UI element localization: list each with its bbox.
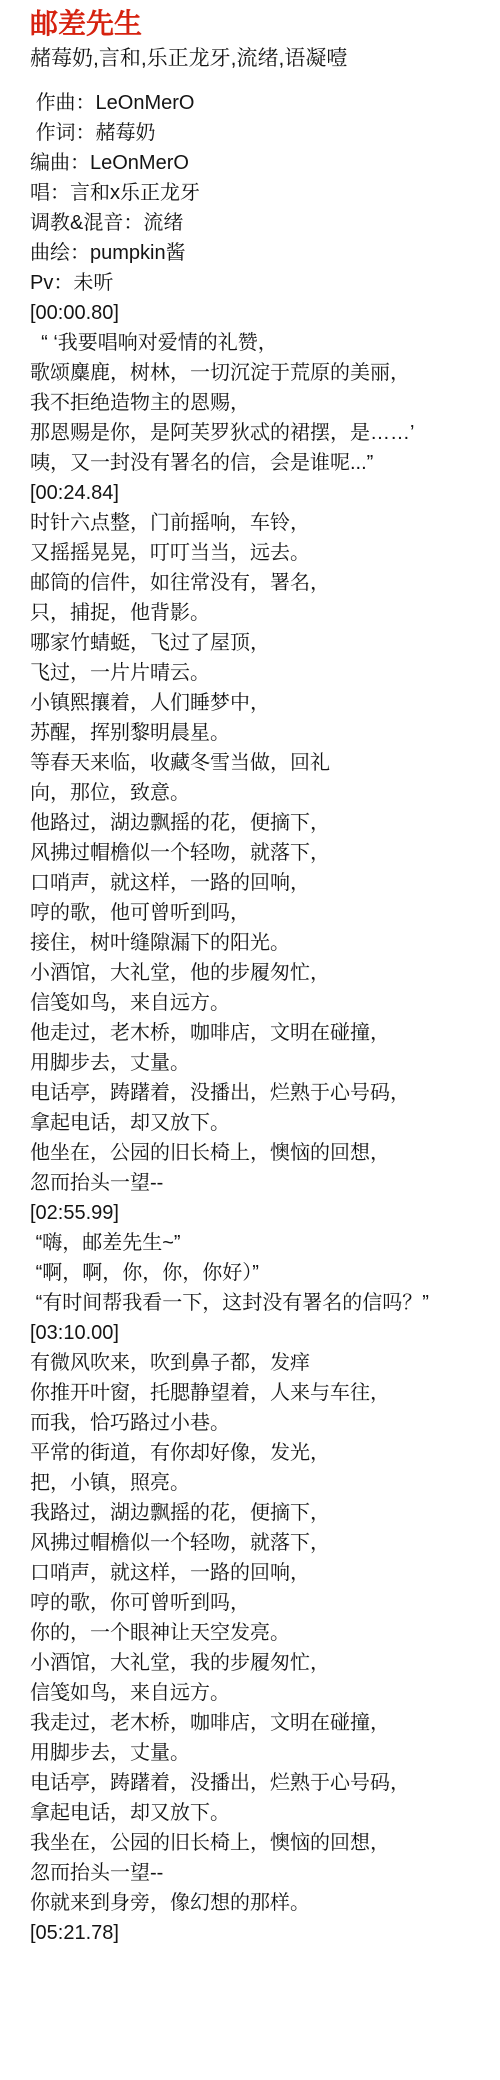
lyric-line: 把，小镇，照亮。 bbox=[30, 1468, 492, 1498]
credits-block: 作曲：LeOnMerO 作词：赭莓奶编曲：LeOnMerO唱：言和x乐正龙牙调教… bbox=[30, 88, 492, 298]
lyric-line: 小镇熙攘着，人们睡梦中， bbox=[30, 688, 492, 718]
credit-line: 调教&混音：流绪 bbox=[30, 208, 492, 238]
lyric-line: 向，那位，致意。 bbox=[30, 778, 492, 808]
lyric-line: 忽而抬头一望-- bbox=[30, 1168, 492, 1198]
lyric-line: 我路过，湖边飘摇的花，便摘下， bbox=[30, 1498, 492, 1528]
lyric-line: 他坐在，公园的旧长椅上，懊恼的回想， bbox=[30, 1138, 492, 1168]
timestamp-line: [03:10.00] bbox=[30, 1318, 492, 1348]
lyric-line: 接住，树叶缝隙漏下的阳光。 bbox=[30, 928, 492, 958]
lyric-line: 而我，恰巧路过小巷。 bbox=[30, 1408, 492, 1438]
lyric-line: “ ‘我要唱响对爱情的礼赞， bbox=[30, 328, 492, 358]
lyric-line: 平常的街道，有你却好像，发光， bbox=[30, 1438, 492, 1468]
lyric-line: 苏醒，挥别黎明晨星。 bbox=[30, 718, 492, 748]
lyric-line: 哼的歌，他可曾听到吗， bbox=[30, 898, 492, 928]
lyric-line: 信笺如鸟，来自远方。 bbox=[30, 1678, 492, 1708]
lyric-line: 歌颂麋鹿，树林，一切沉淀于荒原的美丽， bbox=[30, 358, 492, 388]
lyric-line: 时针六点整，门前摇响，车铃， bbox=[30, 508, 492, 538]
lyric-line: 拿起电话，却又放下。 bbox=[30, 1108, 492, 1138]
lyric-line: 我坐在，公园的旧长椅上，懊恼的回想， bbox=[30, 1828, 492, 1858]
song-title: 邮差先生 bbox=[30, 6, 492, 42]
credit-line: 曲绘：pumpkin酱 bbox=[30, 238, 492, 268]
lyric-line: 你推开叶窗，托腮静望着，人来与车往， bbox=[30, 1378, 492, 1408]
timestamp-line: [00:00.80] bbox=[30, 298, 492, 328]
lyric-line: 小酒馆，大礼堂，他的步履匆忙， bbox=[30, 958, 492, 988]
lyric-line: 又摇摇晃晃，叮叮当当，远去。 bbox=[30, 538, 492, 568]
lyrics-block: [00:00.80] “ ‘我要唱响对爱情的礼赞，歌颂麋鹿，树林，一切沉淀于荒原… bbox=[30, 298, 492, 1948]
lyric-line: “有时间帮我看一下，这封没有署名的信吗？” bbox=[30, 1288, 492, 1318]
lyric-line: 我走过，老木桥，咖啡店，文明在碰撞， bbox=[30, 1708, 492, 1738]
lyric-line: 有微风吹来，吹到鼻子都，发痒 bbox=[30, 1348, 492, 1378]
credit-line: 作曲：LeOnMerO bbox=[30, 88, 492, 118]
credit-line: 唱：言和x乐正龙牙 bbox=[30, 178, 492, 208]
lyric-line: 风拂过帽檐似一个轻吻，就落下， bbox=[30, 838, 492, 868]
lyric-line: 那恩赐是你，是阿芙罗狄忒的裙摆，是……’ bbox=[30, 418, 492, 448]
lyric-line: 他路过，湖边飘摇的花，便摘下， bbox=[30, 808, 492, 838]
timestamp-line: [02:55.99] bbox=[30, 1198, 492, 1228]
lyric-line: “嗨，邮差先生~” bbox=[30, 1228, 492, 1258]
lyric-line: 你的，一个眼神让天空发亮。 bbox=[30, 1618, 492, 1648]
timestamp-line: [05:21.78] bbox=[30, 1918, 492, 1948]
lyric-line: 我不拒绝造物主的恩赐， bbox=[30, 388, 492, 418]
lyric-line: 口哨声，就这样，一路的回响， bbox=[30, 868, 492, 898]
lyric-line: 口哨声，就这样，一路的回响， bbox=[30, 1558, 492, 1588]
lyric-line: 他走过，老木桥，咖啡店，文明在碰撞， bbox=[30, 1018, 492, 1048]
lyric-line: 邮筒的信件，如往常没有，署名， bbox=[30, 568, 492, 598]
artists-line: 赭莓奶,言和,乐正龙牙,流绪,语凝噎 bbox=[30, 46, 492, 72]
lyric-line: 忽而抬头一望-- bbox=[30, 1858, 492, 1888]
lyric-line: 拿起电话，却又放下。 bbox=[30, 1798, 492, 1828]
lyric-line: 哼的歌，你可曾听到吗， bbox=[30, 1588, 492, 1618]
lyric-line: 信笺如鸟，来自远方。 bbox=[30, 988, 492, 1018]
lyric-line: 你就来到身旁，像幻想的那样。 bbox=[30, 1888, 492, 1918]
lyric-line: 风拂过帽檐似一个轻吻，就落下， bbox=[30, 1528, 492, 1558]
lyric-line: 用脚步去，丈量。 bbox=[30, 1738, 492, 1768]
lyric-line: 电话亭，踌躇着，没播出，烂熟于心号码， bbox=[30, 1768, 492, 1798]
timestamp-line: [00:24.84] bbox=[30, 478, 492, 508]
lyric-line: 只，捕捉，他背影。 bbox=[30, 598, 492, 628]
lyric-line: 咦，又一封没有署名的信，会是谁呢...” bbox=[30, 448, 492, 478]
lyric-line: “啊，啊，你，你，你好）” bbox=[30, 1258, 492, 1288]
lyric-line: 等春天来临，收藏冬雪当做，回礼 bbox=[30, 748, 492, 778]
lyric-line: 用脚步去，丈量。 bbox=[30, 1048, 492, 1078]
credit-line: 编曲：LeOnMerO bbox=[30, 148, 492, 178]
credit-line: Pv：未听 bbox=[30, 268, 492, 298]
credit-line: 作词：赭莓奶 bbox=[30, 118, 492, 148]
lyric-line: 哪家竹蜻蜓，飞过了屋顶， bbox=[30, 628, 492, 658]
lyric-line: 小酒馆，大礼堂，我的步履匆忙， bbox=[30, 1648, 492, 1678]
lyrics-page: 邮差先生 赭莓奶,言和,乐正龙牙,流绪,语凝噎 作曲：LeOnMerO 作词：赭… bbox=[0, 0, 500, 1948]
lyric-line: 飞过，一片片晴云。 bbox=[30, 658, 492, 688]
lyric-line: 电话亭，踌躇着，没播出，烂熟于心号码， bbox=[30, 1078, 492, 1108]
